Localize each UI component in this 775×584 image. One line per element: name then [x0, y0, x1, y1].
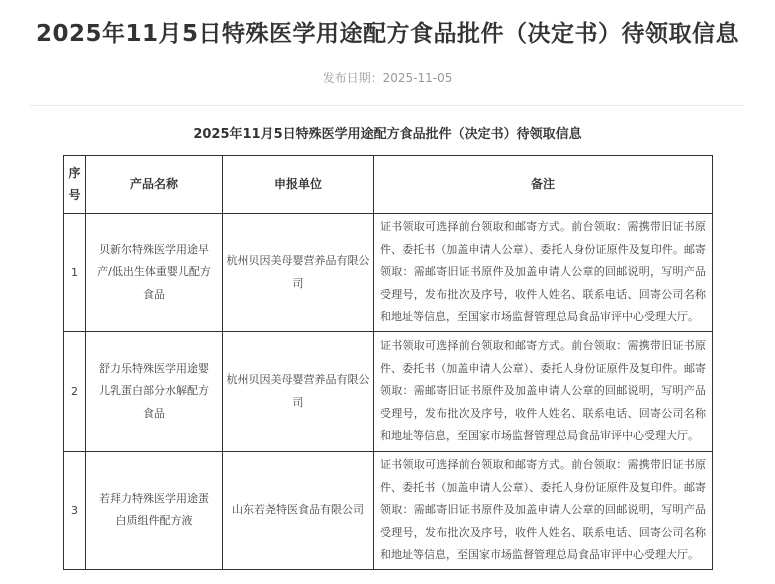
divider	[30, 105, 745, 106]
page-title: 2025年11月5日特殊医学用途配方食品批件（决定书）待领取信息	[0, 0, 775, 48]
table-row: 2 舒力乐特殊医学用途婴儿乳蛋白部分水解配方食品 杭州贝因美母婴营养品有限公司 …	[64, 332, 713, 452]
applicant-cell: 杭州贝因美母婴营养品有限公司	[223, 332, 374, 452]
remark-cell: 证书领取可选择前台领取和邮寄方式。前台领取：需携带旧证书原件、委托书（加盖申请人…	[374, 452, 713, 570]
row-index: 3	[64, 452, 86, 570]
publish-date-label: 发布日期：	[323, 71, 383, 85]
table-header-row: 序号 产品名称 申报单位 备注	[64, 156, 713, 214]
header-product-name: 产品名称	[86, 156, 223, 214]
applicant-cell: 杭州贝因美母婴营养品有限公司	[223, 214, 374, 332]
table-title: 2025年11月5日特殊医学用途配方食品批件（决定书）待领取信息	[0, 123, 775, 142]
publish-date-value: 2025-11-05	[383, 71, 453, 85]
product-name-cell: 贝新尔特殊医学用途早产/低出生体重婴儿配方食品	[86, 214, 223, 332]
remark-cell: 证书领取可选择前台领取和邮寄方式。前台领取：需携带旧证书原件、委托书（加盖申请人…	[374, 332, 713, 452]
row-index: 2	[64, 332, 86, 452]
row-index: 1	[64, 214, 86, 332]
notice-page: 2025年11月5日特殊医学用途配方食品批件（决定书）待领取信息 发布日期：20…	[0, 0, 775, 584]
publish-date: 发布日期：2025-11-05	[0, 69, 775, 86]
product-name-cell: 舒力乐特殊医学用途婴儿乳蛋白部分水解配方食品	[86, 332, 223, 452]
header-applicant: 申报单位	[223, 156, 374, 214]
header-remark: 备注	[374, 156, 713, 214]
remark-cell: 证书领取可选择前台领取和邮寄方式。前台领取：需携带旧证书原件、委托书（加盖申请人…	[374, 214, 713, 332]
product-name-cell: 若拜力特殊医学用途蛋白质组件配方液	[86, 452, 223, 570]
approval-table: 序号 产品名称 申报单位 备注 1 贝新尔特殊医学用途早产/低出生体重婴儿配方食…	[63, 155, 713, 570]
table-row: 3 若拜力特殊医学用途蛋白质组件配方液 山东若尧特医食品有限公司 证书领取可选择…	[64, 452, 713, 570]
header-serial-number: 序号	[64, 156, 86, 214]
applicant-cell: 山东若尧特医食品有限公司	[223, 452, 374, 570]
table-row: 1 贝新尔特殊医学用途早产/低出生体重婴儿配方食品 杭州贝因美母婴营养品有限公司…	[64, 214, 713, 332]
